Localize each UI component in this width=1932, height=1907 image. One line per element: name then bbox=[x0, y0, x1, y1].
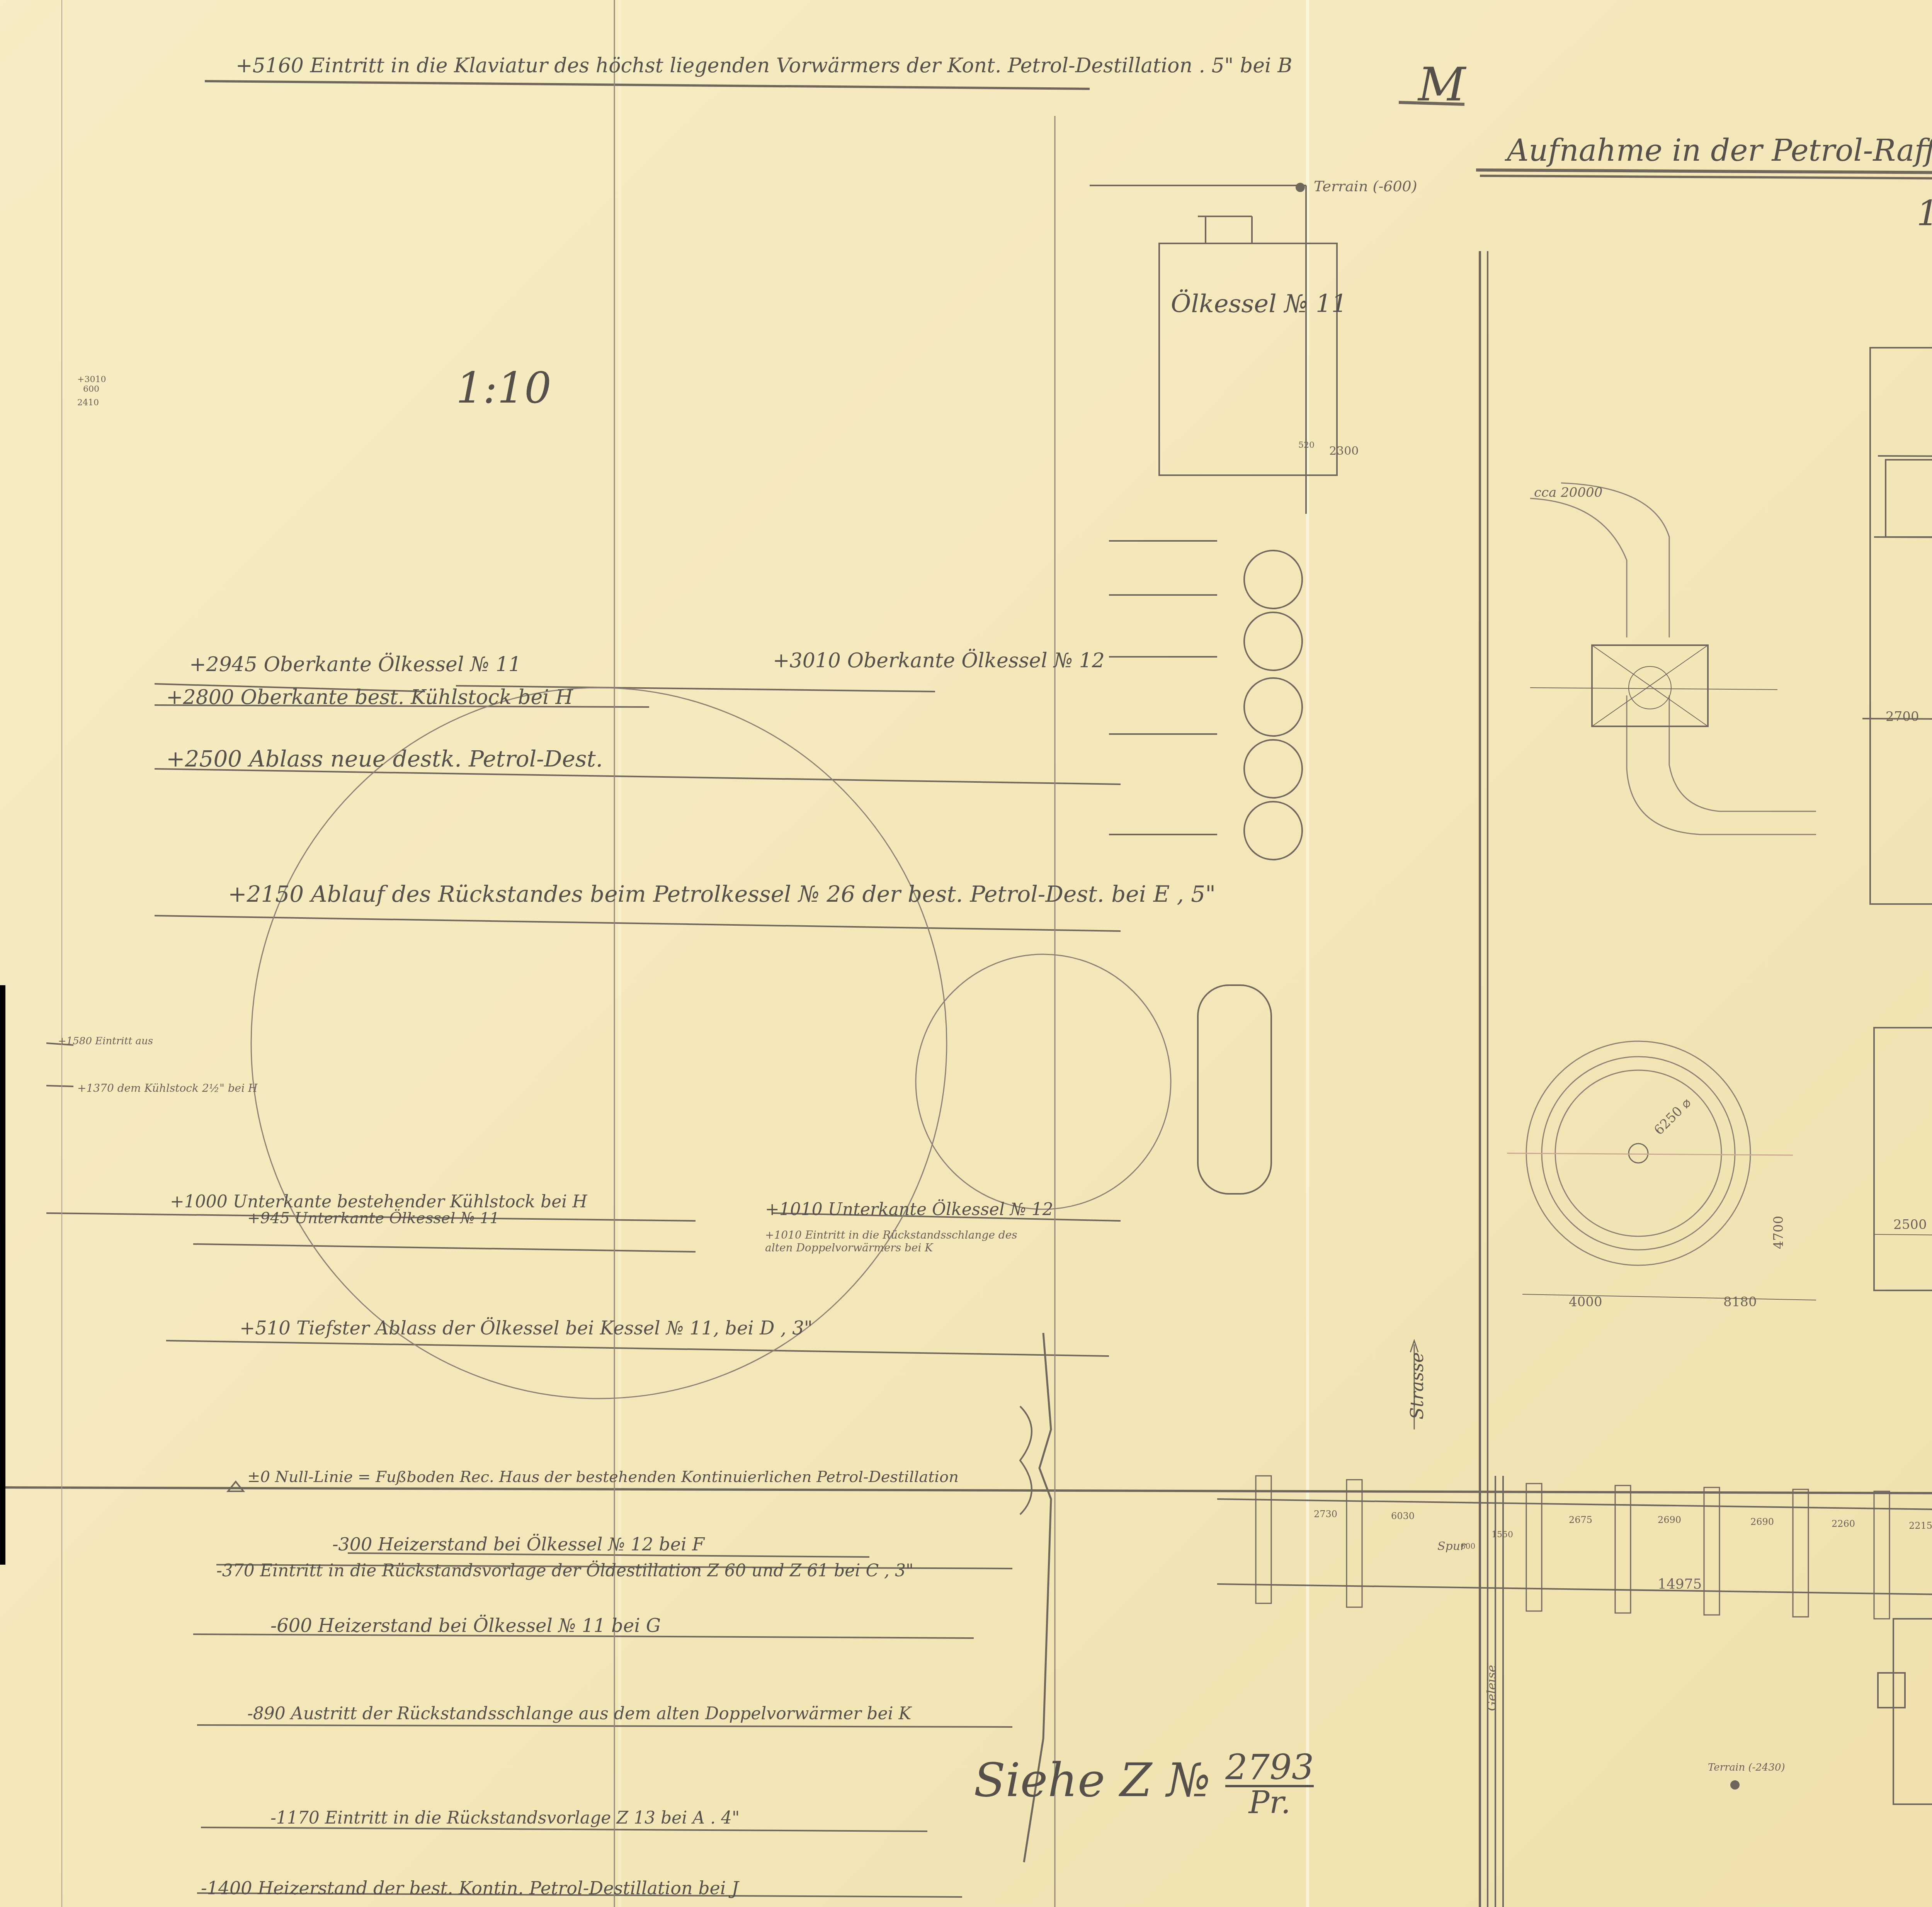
elevation-text: Tiefster Ablass der Ölkessel bei Kessel … bbox=[296, 1317, 813, 1339]
elevation-note: +2500 Ablass neue destk. Petrol-Dest. bbox=[166, 746, 603, 772]
dimension: 2690 bbox=[1658, 1514, 1681, 1525]
elevation-note: -600 Heizerstand bei Ölkessel № 11 bei G bbox=[270, 1615, 661, 1637]
elevation-text: Heizerstand bei Ölkessel № 11 bei G bbox=[318, 1615, 661, 1637]
geleise-label: Geleise bbox=[1484, 1665, 1499, 1711]
elevation-note: -1400 Heizerstand der best. Kontin. Petr… bbox=[201, 1878, 739, 1899]
elevation-note: -370 Eintritt in die Rückstandsvorlage d… bbox=[216, 1561, 913, 1581]
elevation-note: +510 Tiefster Ablass der Ölkessel bei Ke… bbox=[240, 1317, 813, 1339]
dimension-total: 14975 bbox=[1658, 1576, 1702, 1592]
dimension: 8180 bbox=[1723, 1294, 1757, 1310]
title-mark: M bbox=[1418, 58, 1466, 112]
elevation-value: -300 bbox=[332, 1534, 372, 1555]
dimension: 600 bbox=[1461, 1542, 1475, 1551]
elevation-value: +510 bbox=[240, 1317, 291, 1339]
dimension: 2500 bbox=[1893, 1217, 1927, 1232]
elevation-note: -1170 Eintritt in die Rückstandsvorlage … bbox=[270, 1808, 740, 1828]
scan-edge bbox=[0, 985, 5, 1565]
pipe-note: cca 20000 bbox=[1534, 485, 1602, 500]
elevation-value: -1170 bbox=[270, 1808, 320, 1828]
dimension: 2730 bbox=[1314, 1509, 1337, 1519]
elevation-note: +1000 Unterkante bestehender Kühlstock b… bbox=[170, 1192, 587, 1212]
drawing-sheet: M Aufnahme in der Petrol-Raffinerie Mary… bbox=[0, 0, 1932, 1907]
margin-note: 2410 bbox=[77, 398, 99, 408]
reference-number: 2793 bbox=[1225, 1750, 1314, 1787]
elevation-note: +1370 dem Kühlstock 2½" bei H bbox=[77, 1082, 257, 1095]
elevation-text: Ablauf des Rückstandes beim Petrolkessel… bbox=[311, 881, 1216, 907]
elevation-note: +5160 Eintritt in die Klaviatur des höch… bbox=[236, 54, 1292, 77]
elevation-value: ±0 bbox=[247, 1468, 270, 1486]
document-title: Aufnahme in der Petrol-Raffinerie Maryam… bbox=[1507, 133, 1932, 168]
elevation-text: Oberkante best. Kühlstock bei H bbox=[240, 686, 573, 709]
elevation-text: Unterkante Ölkessel № 12 bbox=[828, 1200, 1053, 1219]
elevation-value: +1010 bbox=[765, 1229, 802, 1241]
dimension: 2300 bbox=[1329, 444, 1359, 458]
elevation-value: +1010 bbox=[765, 1200, 823, 1219]
elevation-value: +2500 bbox=[166, 746, 242, 772]
elevation-text: Unterkante Ölkessel № 11 bbox=[295, 1209, 500, 1227]
elevation-text: Heizerstand bei Ölkessel № 12 bei F bbox=[378, 1534, 704, 1555]
dimension: 2215 bbox=[1909, 1520, 1932, 1531]
elevation-value: +1370 bbox=[77, 1082, 114, 1095]
elevation-text: Austritt der Rückstandsschlange aus dem … bbox=[291, 1704, 912, 1723]
elevation-value: +1000 bbox=[170, 1192, 228, 1212]
elevation-value: +2150 bbox=[228, 881, 304, 907]
dimension: 1550 bbox=[1492, 1530, 1513, 1540]
dimension: 2675 bbox=[1569, 1514, 1592, 1525]
dimension: 2690 bbox=[1750, 1516, 1774, 1527]
margin-note: +3010 bbox=[77, 375, 106, 384]
dimension: 2260 bbox=[1832, 1518, 1855, 1529]
dimension: 6030 bbox=[1391, 1511, 1415, 1521]
elevation-text: Unterkante bestehender Kühlstock bei H bbox=[233, 1192, 587, 1212]
elevation-text: Oberkante Ölkessel № 11 bbox=[264, 653, 521, 676]
reference-fraction: 2793Pr. bbox=[1225, 1750, 1314, 1818]
elevation-value: +2945 bbox=[189, 653, 257, 676]
elevation-note: +945 Unterkante Ölkessel № 11 bbox=[247, 1209, 499, 1227]
elevation-text: Eintritt in die Rückstandsschlange des a… bbox=[765, 1229, 1017, 1254]
strasse-label: Strasse bbox=[1406, 1352, 1427, 1419]
elevation-value: +2800 bbox=[166, 686, 234, 709]
elevation-note: +3010 Oberkante Ölkessel № 12 bbox=[773, 649, 1105, 672]
margin-note: 600 bbox=[83, 384, 99, 394]
elevation-note: +1010 Unterkante Ölkessel № 12 bbox=[765, 1200, 1053, 1219]
elevation-text: Eintritt aus bbox=[95, 1035, 153, 1047]
elevation-note: +1580 Eintritt aus bbox=[58, 1035, 153, 1047]
plan-scale: 1:100 bbox=[1917, 193, 1932, 234]
elevation-text: Ablass neue destk. Petrol-Dest. bbox=[249, 746, 603, 772]
null-line-note: ±0 Null-Linie = Fußboden Rec. Haus der b… bbox=[247, 1468, 959, 1486]
elevation-text: Eintritt in die Klaviatur des höchst lie… bbox=[310, 54, 1292, 77]
elevation-value: -890 bbox=[247, 1704, 286, 1723]
elevation-value: +1580 bbox=[58, 1035, 92, 1047]
elevation-text: Oberkante Ölkessel № 12 bbox=[847, 649, 1105, 672]
elevation-note: +2945 Oberkante Ölkessel № 11 bbox=[189, 653, 521, 676]
section-scale: 1:10 bbox=[456, 363, 551, 413]
elevation-text: Eintritt in die Rückstandsvorlage der Öl… bbox=[260, 1561, 913, 1581]
elevation-value: +3010 bbox=[773, 649, 841, 672]
elevation-text: Eintritt in die Rückstandsvorlage Z 13 b… bbox=[325, 1808, 740, 1828]
elevation-value: -370 bbox=[216, 1561, 255, 1581]
elevation-text: dem Kühlstock 2½" bei H bbox=[117, 1082, 258, 1095]
reference-note: Siehe Z № 2793Pr. bbox=[974, 1750, 1314, 1818]
dimension: 4000 bbox=[1569, 1294, 1602, 1310]
elevation-text: Heizerstand der best. Kontin. Petrol-Des… bbox=[258, 1878, 738, 1899]
reference-text: Siehe Z № bbox=[974, 1754, 1225, 1807]
elevation-value: +945 bbox=[247, 1209, 290, 1227]
elevation-value: +5160 bbox=[236, 54, 304, 77]
dimension: 4700 bbox=[1771, 1216, 1786, 1249]
kessel-label: Ölkessel № 11 bbox=[1171, 290, 1347, 318]
elevation-note: -890 Austritt der Rückstandsschlange aus… bbox=[247, 1704, 912, 1723]
elevation-value: -1400 bbox=[201, 1878, 252, 1899]
terrain-label: Terrain (-2430) bbox=[1708, 1762, 1785, 1773]
elevation-note: +2800 Oberkante best. Kühlstock bei H bbox=[166, 686, 573, 709]
elevation-note: +1010 Eintritt in die Rückstandsschlange… bbox=[765, 1229, 1043, 1254]
elevation-note: -300 Heizerstand bei Ölkessel № 12 bei F bbox=[332, 1534, 704, 1555]
elevation-text: Null-Linie = Fußboden Rec. Haus der best… bbox=[275, 1468, 959, 1486]
elevation-note: +2150 Ablauf des Rückstandes beim Petrol… bbox=[228, 881, 1216, 907]
dimension: 2700 bbox=[1886, 709, 1919, 724]
terrain-label: Terrain (-600) bbox=[1314, 178, 1417, 195]
dimension: 520 bbox=[1298, 440, 1315, 450]
reference-suffix: Pr. bbox=[1225, 1787, 1314, 1818]
elevation-value: -600 bbox=[270, 1615, 312, 1637]
